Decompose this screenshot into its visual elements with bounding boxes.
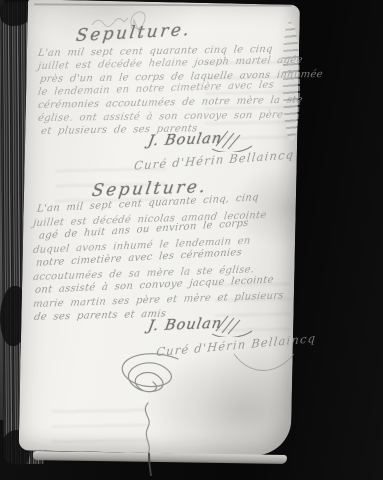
entry1-body: L'an mil sept cent quarante cinq le cinq… [38,47,323,138]
scanned-register-page: Sepulture. L'an mil sept cent quarante c… [0,0,383,480]
ink-doodle [100,345,212,477]
signature-flourish [212,128,254,152]
signature-flourish [212,313,254,337]
signature-tail-flourish [232,350,296,380]
entry2-body: L'an mil sept cent quarante cinq, cinq j… [33,203,284,325]
